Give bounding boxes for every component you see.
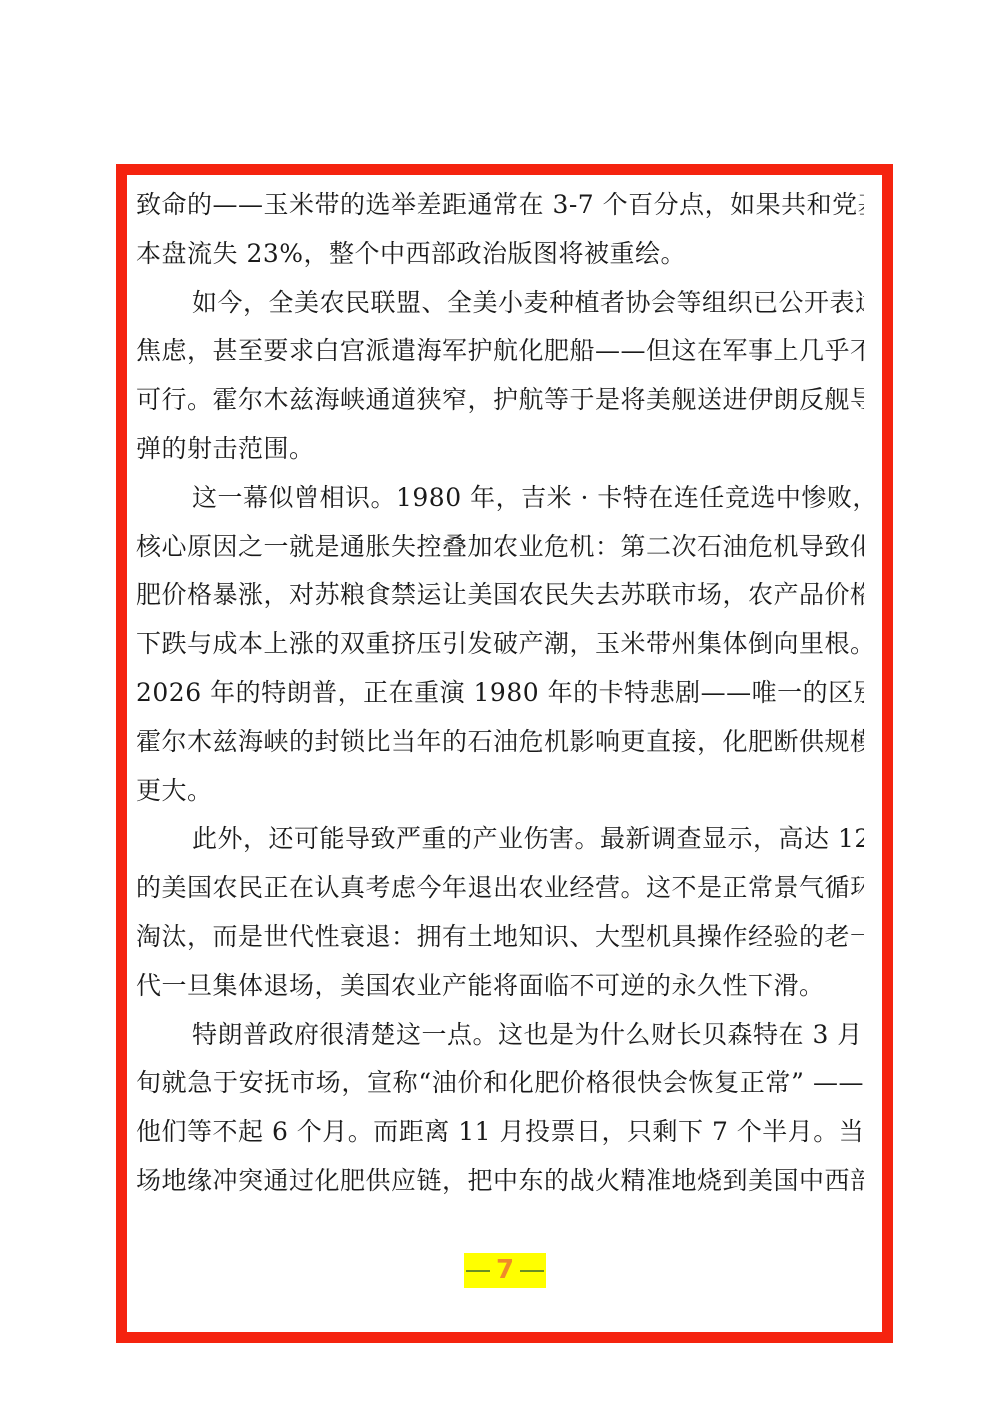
text-line: 核心原因之一就是通胀失控叠加农业危机：第二次石油危机导致化 xyxy=(136,523,864,572)
text-line: 代一旦集体退场，美国农业产能将面临不可逆的永久性下滑。 xyxy=(136,962,864,1011)
text-line: 他们等不起 6 个月。而距离 11 月投票日，只剩下 7 个半月。当一 xyxy=(136,1108,864,1157)
text-line: 的美国农民正在认真考虑今年退出农业经营。这不是正常景气循环 xyxy=(136,864,864,913)
text-line: 更大。 xyxy=(136,767,864,816)
text-line: 旬就急于安抚市场，宣称“油价和化肥价格很快会恢复正常” —— xyxy=(136,1059,864,1108)
text-line: 下跌与成本上涨的双重挤压引发破产潮，玉米带州集体倒向里根。 xyxy=(136,620,864,669)
text-line: 肥价格暴涨，对苏粮食禁运让美国农民失去苏联市场，农产品价格 xyxy=(136,571,864,620)
text-line: 淘汰，而是世代性衰退：拥有土地知识、大型机具操作经验的老一 xyxy=(136,913,864,962)
text-line: 此外，还可能导致严重的产业伤害。最新调查显示，高达 12% xyxy=(136,815,864,864)
text-line: 2026 年的特朗普，正在重演 1980 年的卡特悲剧——唯一的区别是， xyxy=(136,669,864,718)
text-line: 焦虑，甚至要求白宫派遣海军护航化肥船——但这在军事上几乎不 xyxy=(136,327,864,376)
page-number-left-dash xyxy=(466,1270,490,1272)
text-line: 场地缘冲突通过化肥供应链，把中东的战火精准地烧到美国中西部 xyxy=(136,1157,864,1206)
text-line: 霍尔木兹海峡的封锁比当年的石油危机影响更直接，化肥断供规模 xyxy=(136,718,864,767)
text-line: 这一幕似曾相识。1980 年，吉米 · 卡特在连任竞选中惨败， xyxy=(136,474,864,523)
page-number-badge: 7 xyxy=(464,1253,546,1288)
text-line: 弹的射击范围。 xyxy=(136,425,864,474)
document-body: 致命的——玉米带的选举差距通常在 3-7 个百分点，如果共和党基 本盘流失 23… xyxy=(136,181,864,1206)
text-line: 致命的——玉米带的选举差距通常在 3-7 个百分点，如果共和党基 xyxy=(136,181,864,230)
text-line: 如今，全美农民联盟、全美小麦种植者协会等组织已公开表达 xyxy=(136,279,864,328)
page-number-right-dash xyxy=(520,1270,544,1272)
text-line: 特朗普政府很清楚这一点。这也是为什么财长贝森特在 3 月中 xyxy=(136,1011,864,1060)
text-line: 本盘流失 23%，整个中西部政治版图将被重绘。 xyxy=(136,230,864,279)
text-line: 可行。霍尔木兹海峡通道狭窄，护航等于是将美舰送进伊朗反舰导 xyxy=(136,376,864,425)
page-number: 7 xyxy=(496,1253,514,1288)
